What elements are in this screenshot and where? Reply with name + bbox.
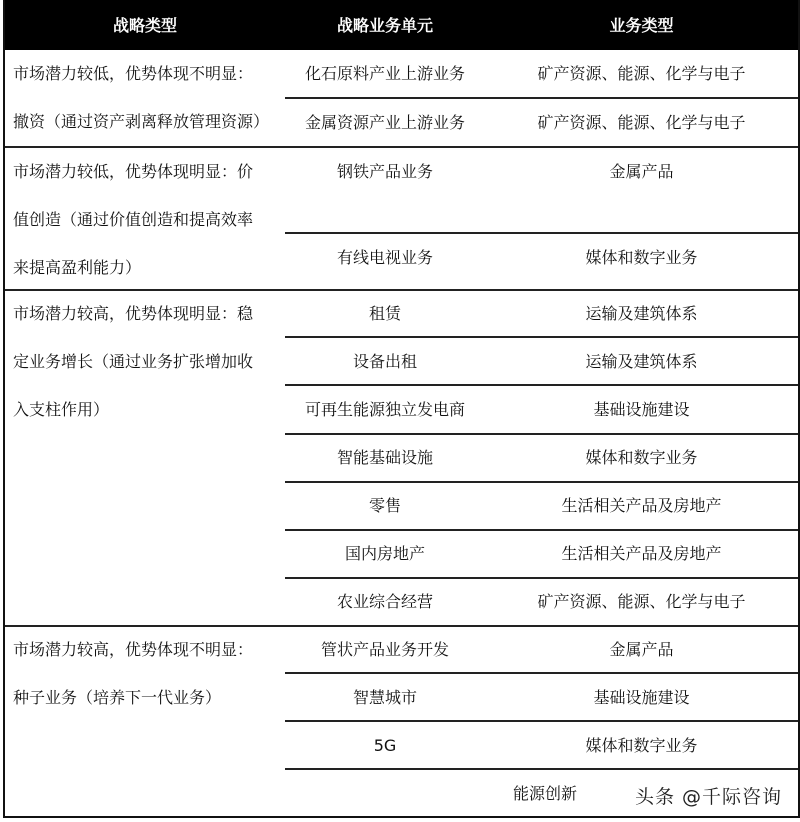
unit-cell: 设备出租 [285,338,485,386]
unit-cell: 化石原料产业上游业务 [285,50,485,98]
strategy-cell-value-creation: 市场潜力较低，优势体现明显：价 值创造（通过价值创造和提高效率 来提高盈利能力） [13,148,273,292]
type-cell: 能源创新 [465,770,625,818]
strategy-line: 来提高盈利能力） [13,244,273,292]
type-cell: 矿产资源、能源、化学与电子 [485,50,798,98]
type-cell: 矿产资源、能源、化学与电子 [485,99,798,147]
type-cell: 生活相关产品及房地产 [485,482,798,530]
type-cell: 金属产品 [485,626,798,674]
strategy-line: 定业务增长（通过业务扩张增加收 [13,338,273,386]
strategy-line: 市场潜力较低，优势体现明显：价 [13,148,273,196]
header-business-type: 业务类型 [485,0,798,50]
unit-cell: 金属资源产业上游业务 [285,99,485,147]
unit-cell: 农业综合经营 [285,578,485,626]
unit-cell: 钢铁产品业务 [285,148,485,196]
unit-cell: 零售 [285,482,485,530]
strategy-line: 市场潜力较低，优势体现不明显： [13,50,273,98]
strategy-line: 撤资（通过资产剥离释放管理资源） [13,98,273,146]
strategy-line: 市场潜力较高，优势体现明显：稳 [13,290,273,338]
strategy-line: 市场潜力较高，优势体现不明显： [13,626,273,674]
type-cell: 金属产品 [485,148,798,196]
type-cell: 运输及建筑体系 [485,290,798,338]
unit-cell: 有线电视业务 [285,234,485,282]
header-business-unit: 战略业务单元 [285,0,485,50]
type-cell: 生活相关产品及房地产 [485,530,798,578]
source-watermark: 头条 @千际咨询 [635,782,782,809]
unit-cell: 国内房地产 [285,530,485,578]
table-header: 战略类型 战略业务单元 业务类型 [5,0,798,50]
type-cell: 基础设施建设 [485,674,798,722]
strategy-line: 值创造（通过价值创造和提高效率 [13,196,273,244]
type-cell: 运输及建筑体系 [485,338,798,386]
strategy-line: 入支柱作用） [13,386,273,434]
type-cell: 基础设施建设 [485,386,798,434]
strategy-line: 种子业务（培养下一代业务） [13,674,273,722]
header-strategy-type: 战略类型 [5,0,285,50]
strategy-cell-seed-business: 市场潜力较高，优势体现不明显： 种子业务（培养下一代业务） [13,626,273,722]
type-cell: 矿产资源、能源、化学与电子 [485,578,798,626]
strategy-cell-divest: 市场潜力较低，优势体现不明显： 撤资（通过资产剥离释放管理资源） [13,50,273,146]
unit-cell: 租赁 [285,290,485,338]
unit-cell: 智慧城市 [285,674,485,722]
unit-cell: 可再生能源独立发电商 [285,386,485,434]
unit-cell: 5G [285,722,485,770]
type-cell: 媒体和数字业务 [485,722,798,770]
strategy-cell-steady-growth: 市场潜力较高，优势体现明显：稳 定业务增长（通过业务扩张增加收 入支柱作用） [13,290,273,434]
type-cell: 媒体和数字业务 [485,434,798,482]
strategy-table: 战略类型 战略业务单元 业务类型 市场潜力较低，优势体现不明显： 撤资（通过资产… [3,0,800,818]
unit-cell: 管状产品业务开发 [285,626,485,674]
type-cell: 媒体和数字业务 [485,234,798,282]
unit-cell: 智能基础设施 [285,434,485,482]
